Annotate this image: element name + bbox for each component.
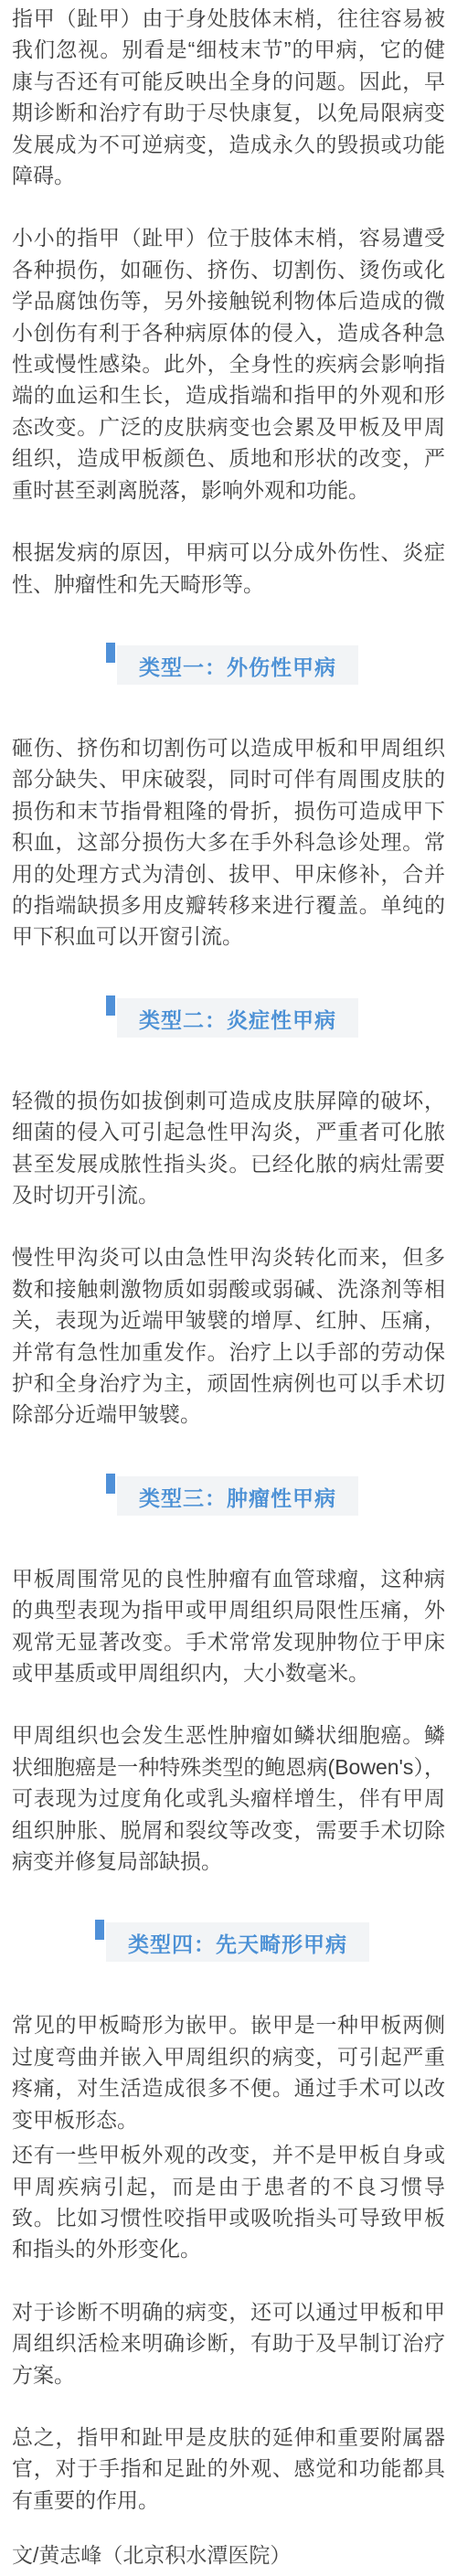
- heading-accent-bar: [106, 643, 115, 663]
- intro-paragraph-1: 指甲（趾甲）由于身处肢体末梢，往往容易被我们忽视。别看是“细枝末节”的甲病，它的…: [12, 3, 445, 191]
- body-paragraph: 砸伤、挤伤和切割伤可以造成甲板和甲周组织部分缺失、甲床破裂，同时可伴有周围皮肤的…: [12, 732, 445, 953]
- section-congenital: 类型四：先天畸形甲病 常见的甲板畸形为嵌甲。嵌甲是一种甲板两侧过度弯曲并嵌入甲周…: [12, 1922, 445, 2264]
- heading-accent-bar: [106, 995, 115, 1016]
- section-header: 类型一：外伤性甲病: [117, 645, 358, 685]
- closing-paragraph-1: 对于诊断不明确的病变，还可以通过甲板和甲周组织活检来明确诊断，有助于及早制订治疗…: [12, 2296, 445, 2390]
- body-paragraph: 轻微的损伤如拔倒刺可造成皮肤屏障的破坏，细菌的侵入可引起急性甲沟炎，严重者可化脓…: [12, 1085, 445, 1211]
- body-paragraph: 还有一些甲板外观的改变，并不是甲板自身或甲周疾病引起，而是由于患者的不良习惯导致…: [12, 2139, 445, 2265]
- closing-paragraph-2: 总之，指甲和趾甲是皮肤的延伸和重要附属器官，对于手指和足趾的外观、感觉和功能都具…: [12, 2422, 445, 2516]
- section-tumorous: 类型三：肿瘤性甲病 甲板周围常见的良性肿瘤有血管球瘤，这种病的典型表现为指甲或甲…: [12, 1476, 445, 1878]
- section-header: 类型四：先天畸形甲病: [106, 1922, 369, 1962]
- section-heading-tumorous: 类型三：肿瘤性甲病: [117, 1476, 358, 1516]
- section-inflammatory: 类型二：炎症性甲病 轻微的损伤如拔倒刺可造成皮肤屏障的破坏，细菌的侵入可引起急性…: [12, 998, 445, 1431]
- heading-accent-bar: [95, 1920, 104, 1940]
- heading-accent-bar: [106, 1474, 115, 1494]
- body-paragraph: 甲周组织也会发生恶性肿瘤如鳞状细胞癌。鳞状细胞癌是一种特殊类型的鲍恩病(Bowe…: [12, 1719, 445, 1877]
- section-header: 类型二：炎症性甲病: [117, 998, 358, 1038]
- body-paragraph: 常见的甲板畸形为嵌甲。嵌甲是一种甲板两侧过度弯曲并嵌入甲周组织的病变，可引起严重…: [12, 2009, 445, 2135]
- section-heading-inflammatory: 类型二：炎症性甲病: [117, 998, 358, 1038]
- byline: 文/黄志峰（北京积水潭医院）: [12, 2539, 445, 2571]
- section-heading-congenital: 类型四：先天畸形甲病: [106, 1922, 369, 1962]
- section-traumatic: 类型一：外伤性甲病 砸伤、挤伤和切割伤可以造成甲板和甲周组织部分缺失、甲床破裂，…: [12, 645, 445, 953]
- intro-paragraph-2: 小小的指甲（趾甲）位于肢体末梢，容易遭受各种损伤，如砸伤、挤伤、切割伤、烫伤或化…: [12, 222, 445, 506]
- article-body: 指甲（趾甲）由于身处肢体末梢，往往容易被我们忽视。别看是“细枝末节”的甲病，它的…: [0, 0, 457, 2576]
- intro-paragraph-3: 根据发病的原因，甲病可以分成外伤性、炎症性、肿瘤性和先天畸形等。: [12, 537, 445, 600]
- section-header: 类型三：肿瘤性甲病: [117, 1476, 358, 1516]
- section-heading-traumatic: 类型一：外伤性甲病: [117, 645, 358, 685]
- body-paragraph: 甲板周围常见的良性肿瘤有血管球瘤，这种病的典型表现为指甲或甲周组织局限性压痛，外…: [12, 1563, 445, 1689]
- body-paragraph: 慢性甲沟炎可以由急性甲沟炎转化而来，但多数和接触刺激物质如弱酸或弱碱、洗涤剂等相…: [12, 1241, 445, 1430]
